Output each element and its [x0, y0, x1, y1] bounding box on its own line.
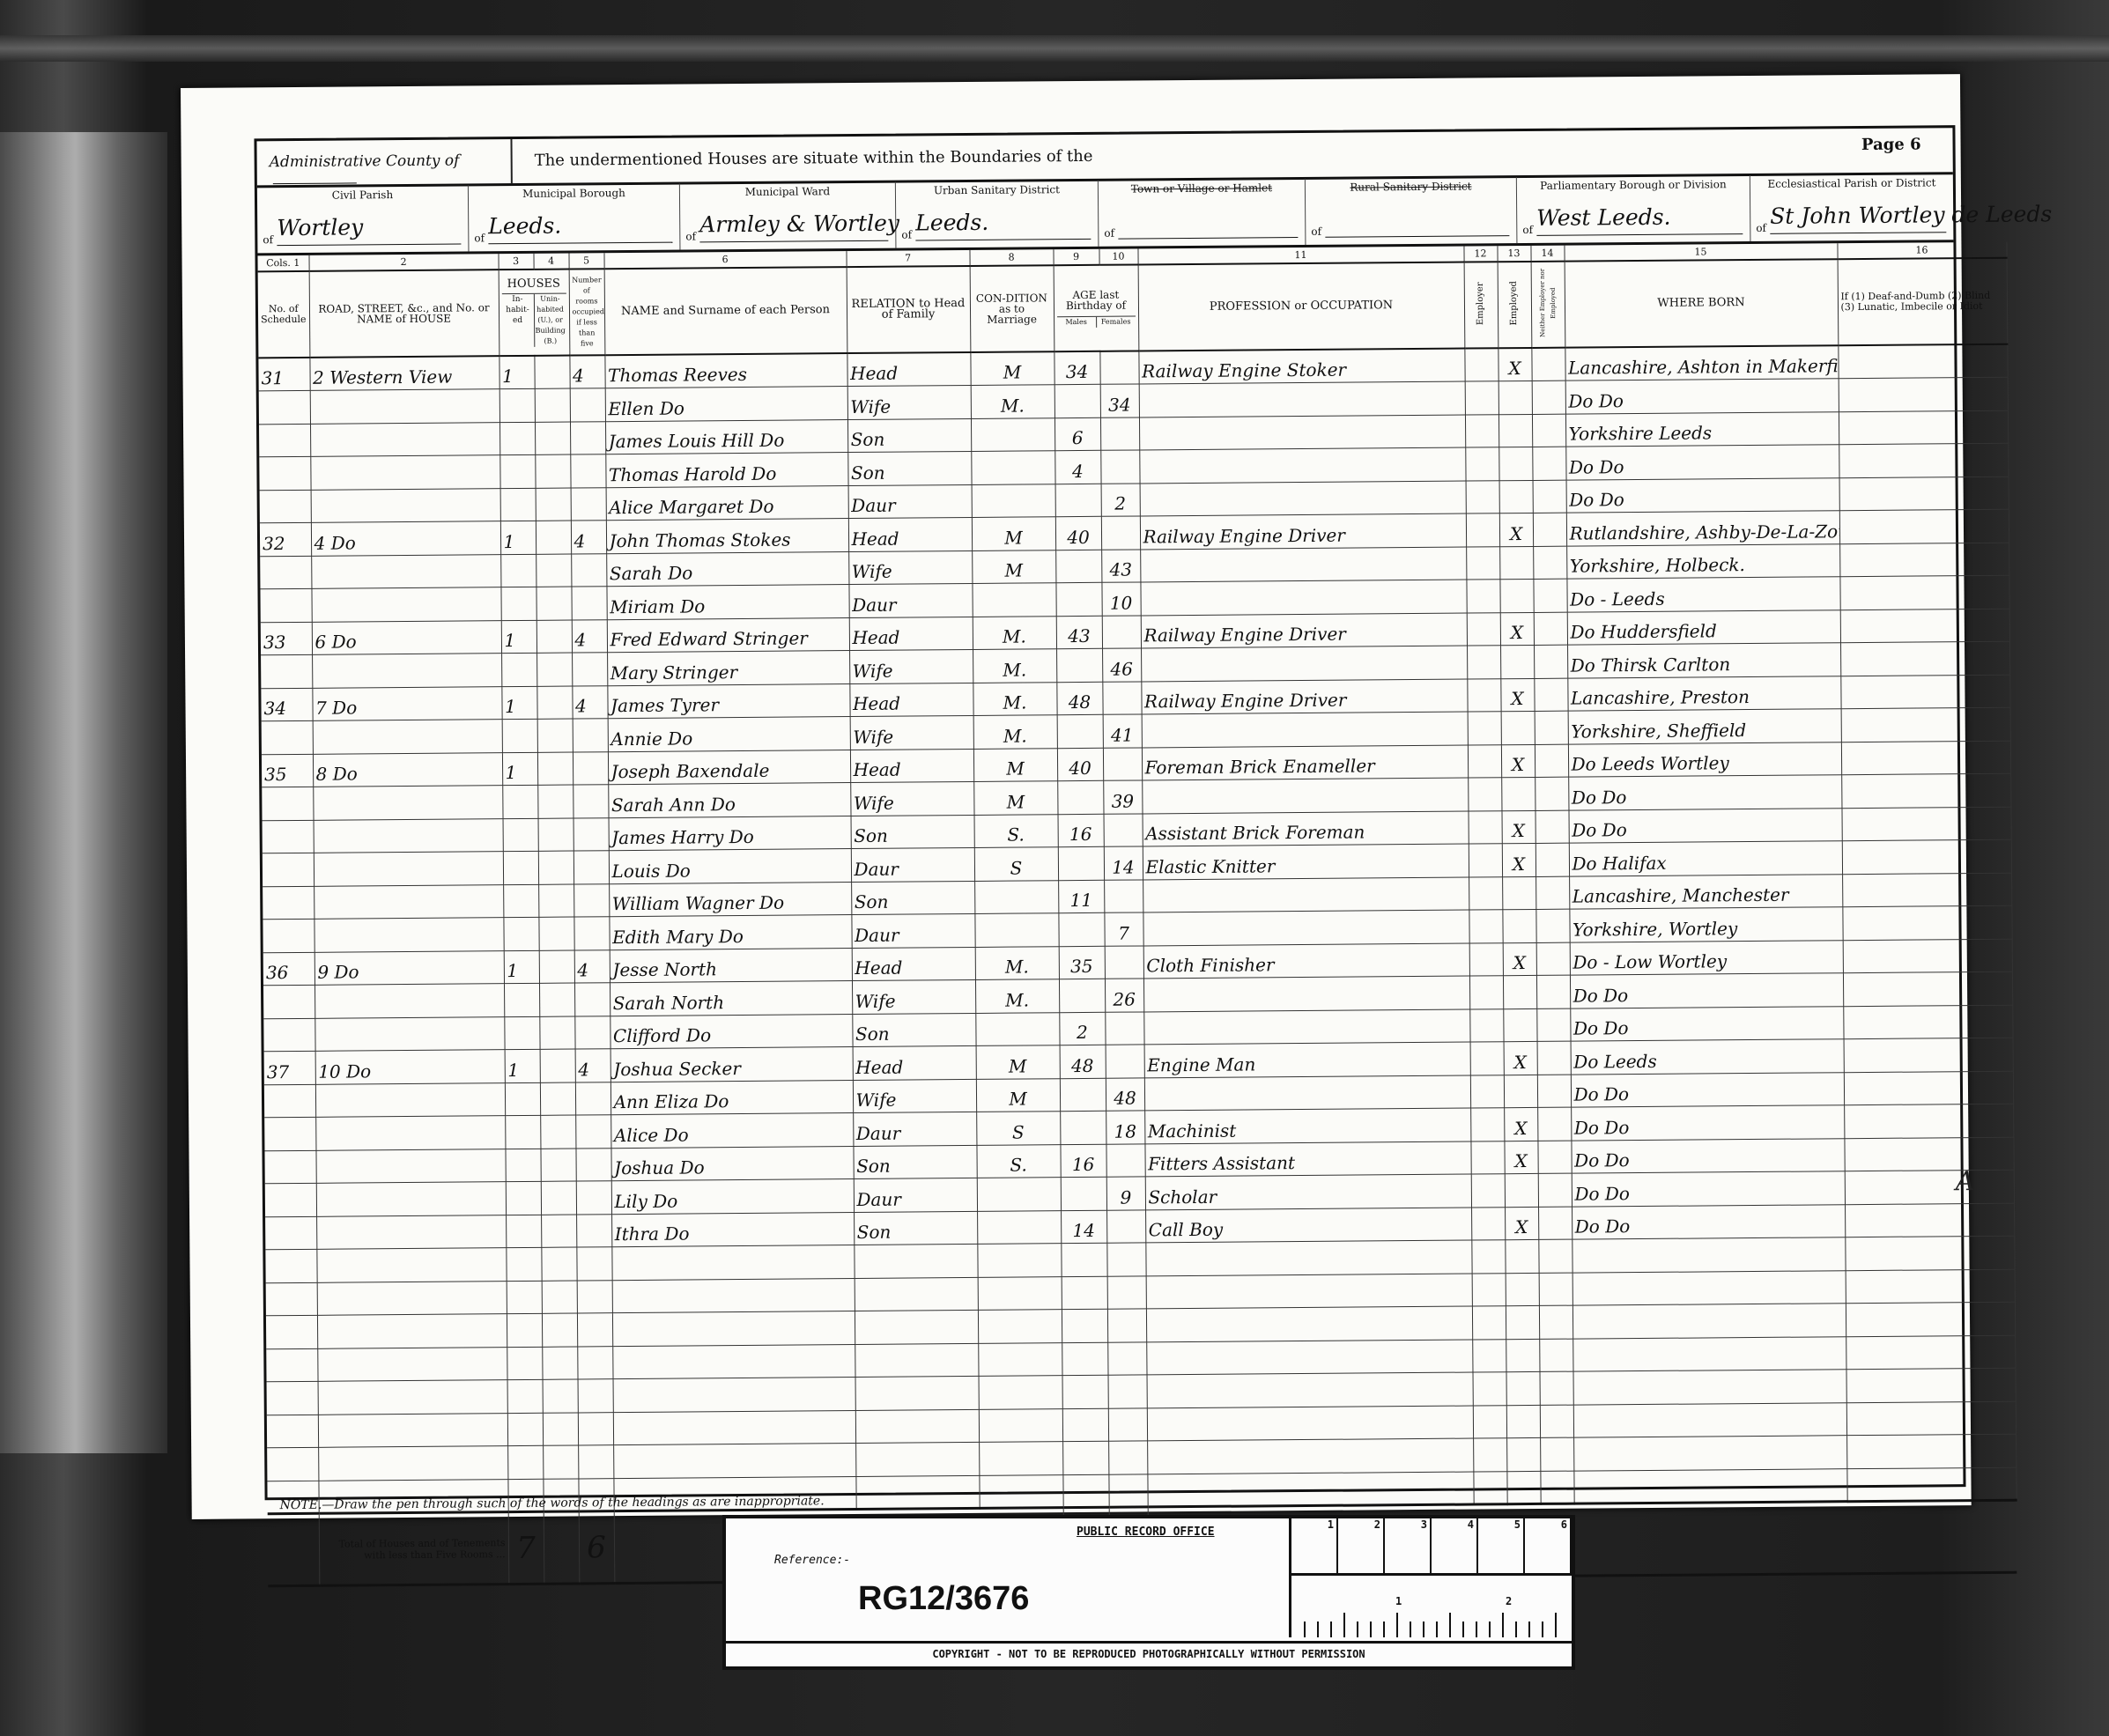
cell-male-age: 43: [1056, 616, 1102, 649]
cell-empty: [1840, 609, 2009, 643]
column-number: 3: [498, 254, 533, 270]
cell-empty: [1839, 543, 2009, 577]
cell-occupation: [1143, 976, 1469, 1011]
cell-empty: [612, 1311, 855, 1347]
cell-female-age: 18: [1106, 1111, 1144, 1144]
cell-empty: [1846, 1269, 2015, 1304]
cell-empty: [1472, 1372, 1506, 1406]
cell-born: Do Do: [1570, 973, 1843, 1008]
column-number: 16: [1837, 242, 2006, 260]
cell-male-age: 11: [1058, 880, 1104, 913]
cell-born: Do Do: [1571, 1105, 1844, 1141]
cell-empty: [266, 1348, 317, 1382]
cell-empty: [1471, 1174, 1505, 1208]
cell-inhabited: 1: [501, 620, 536, 654]
cell-empty: [1505, 1239, 1538, 1273]
cell-male-age: 40: [1057, 748, 1103, 781]
cell-empty: [1532, 414, 1565, 447]
cell-inhabited: [503, 818, 538, 852]
cell-name: Clifford Do: [610, 1014, 852, 1049]
cell-empty: [541, 1247, 576, 1281]
cell-empty: [1108, 1441, 1147, 1474]
cell-empty: [613, 1444, 855, 1479]
place-field: Urban Sanitary DistrictofLeeds.: [896, 181, 1099, 248]
cell-male-age: 2: [1059, 1012, 1105, 1045]
cell-empty: [537, 752, 573, 786]
cell-empty: [1573, 1436, 1846, 1471]
cell-occupation: [1143, 1009, 1469, 1045]
cell-empty: [1844, 1137, 2013, 1171]
cell-condition: [972, 583, 1055, 617]
column-number: 5: [568, 253, 603, 269]
cell-relation: Wife: [850, 715, 973, 750]
cell-condition: [975, 1012, 1059, 1045]
cell-schedule: 37: [264, 1051, 315, 1084]
cell-empty: [1846, 1401, 2016, 1436]
ruler-tick: [1383, 1621, 1385, 1637]
cell-empty: [1846, 1335, 2015, 1370]
side-mark: A: [1956, 1166, 1975, 1197]
cell-empty: [1472, 1339, 1506, 1372]
cell-name: John Thomas Stokes: [606, 519, 848, 554]
cell-occupation: [1140, 547, 1466, 582]
ruler-cm-mark: 6: [1525, 1518, 1572, 1573]
place-field: Parliamentary Borough or DivisionofWest …: [1517, 175, 1751, 243]
cell-empty: [1533, 579, 1566, 612]
cell-empty: [1841, 807, 2010, 841]
reference-number: RG12/3676: [858, 1580, 1029, 1618]
ruler-tick: [1449, 1613, 1451, 1637]
cell-name: Miriam Do: [606, 585, 848, 620]
cell-empty: [1844, 1104, 2013, 1138]
cell-condition: S: [974, 847, 1058, 881]
cell-inhabited: [499, 422, 535, 455]
place-label: Municipal Ward: [680, 186, 895, 199]
cell-rooms: [571, 553, 606, 587]
cell-relation: Head: [848, 517, 972, 551]
cell-name: Jesse North: [610, 948, 852, 983]
cell-born: Do Do: [1565, 445, 1839, 480]
cell-rooms: [570, 454, 605, 488]
ruler-tick: [1502, 1613, 1504, 1637]
reference-label: Reference:-: [774, 1554, 850, 1567]
cell-schedule: 31: [258, 358, 309, 391]
cell-relation: Wife: [847, 385, 971, 419]
header-houses: HOUSES In-habit-ed Unin-habited (U.), or…: [499, 270, 570, 357]
cell-empty: [541, 1215, 576, 1248]
cell-rooms: 4: [574, 949, 610, 983]
cell-occupation: Call Boy: [1145, 1208, 1471, 1243]
cell-male-age: [1054, 384, 1100, 417]
cell-condition: [974, 913, 1058, 947]
header-employed-text: Employed: [1509, 281, 1520, 325]
cell-empty: [318, 1446, 507, 1481]
cell-condition: M: [973, 748, 1057, 781]
cell-empty: [1473, 1405, 1506, 1438]
cell-male-age: [1057, 780, 1103, 814]
cell-empty: [1466, 480, 1499, 513]
cell-empty: [536, 587, 571, 620]
cell-road: [311, 554, 500, 588]
cell-male-age: [1061, 1177, 1106, 1210]
cell-empty: [1572, 1304, 1846, 1339]
cell-relation: Daur: [851, 913, 974, 948]
cell-empty: [540, 1115, 575, 1149]
cell-empty: [1572, 1270, 1846, 1305]
cell-empty: [539, 950, 574, 984]
cell-empty: [507, 1313, 542, 1347]
cell-road: 7 Do: [312, 686, 501, 720]
cell-female-age: 39: [1103, 780, 1142, 814]
cell-employed: [1504, 1075, 1537, 1108]
cell-condition: M: [976, 1045, 1060, 1079]
cell-born: Do Huddersfield: [1567, 609, 1840, 645]
column-number: 12: [1463, 246, 1497, 262]
cell-rooms: [574, 983, 610, 1016]
cell-empty: [1062, 1408, 1108, 1442]
cell-empty: [1573, 1402, 1846, 1437]
cell-empty: [576, 1247, 611, 1281]
census-table-container: Cols. 12345678910111213141516 No. of Sch…: [257, 242, 1963, 1497]
cell-employed: X: [1498, 348, 1531, 381]
cell-empty: [1466, 546, 1499, 580]
cell-name: Ann Eliza Do: [610, 1080, 853, 1115]
cell-schedule: [263, 820, 314, 853]
cell-road: [313, 720, 502, 754]
header-occupation: PROFESSION or OCCUPATION: [1138, 262, 1465, 351]
cell-empty: [507, 1445, 543, 1479]
scan-band: [0, 35, 2109, 62]
place-field: Rural Sanitary Districtof: [1306, 177, 1518, 245]
cell-empty: [979, 1474, 1062, 1508]
cell-female-age: 2: [1101, 483, 1140, 516]
cell-empty: [1540, 1471, 1573, 1504]
cell-name: Annie Do: [608, 717, 850, 752]
cell-inhabited: 1: [502, 752, 537, 786]
ruler-tick: [1343, 1613, 1345, 1637]
cell-empty: [1538, 1173, 1572, 1207]
cell-born: Do Halifax: [1569, 841, 1842, 876]
cell-condition: S: [976, 1112, 1060, 1145]
cell-name: Edith Mary Do: [609, 915, 851, 950]
cell-empty: [534, 356, 569, 389]
place-value: St John Wortley de Leeds: [1770, 202, 1946, 234]
cell-empty: [539, 983, 574, 1016]
cell-empty: [1467, 612, 1500, 646]
cell-empty: [577, 1280, 612, 1313]
header-relation: RELATION to Head of Family: [847, 266, 971, 353]
cell-female-age: [1106, 1045, 1144, 1078]
cell-name: Mary Stringer: [607, 651, 849, 686]
totals-tenements-value: 6: [579, 1511, 615, 1584]
cell-male-age: 4: [1054, 450, 1100, 484]
cell-empty: [1532, 380, 1565, 414]
cell-empty: [1535, 876, 1569, 910]
cell-inhabited: [500, 554, 536, 587]
cell-empty: [1535, 711, 1568, 744]
cell-empty: [1843, 1005, 2012, 1039]
header-uninhabited: Unin-habited (U.), or Building (B.): [534, 293, 566, 346]
cell-schedule: [263, 886, 314, 920]
cell-relation: Son: [851, 881, 974, 915]
cell-empty: [266, 1282, 317, 1316]
cell-empty: [1845, 1170, 2014, 1204]
cell-inhabited: 1: [500, 521, 536, 554]
cell-rooms: [576, 1181, 611, 1215]
cell-relation: Head: [850, 749, 973, 783]
place-field: Civil ParishofWortley: [257, 185, 470, 253]
cell-occupation: [1141, 646, 1467, 681]
cell-male-age: 16: [1060, 1144, 1106, 1178]
cell-relation: Daur: [848, 583, 972, 617]
cell-empty: [977, 1244, 1061, 1277]
cell-occupation: Elastic Knitter: [1143, 844, 1469, 879]
cell-relation: Head: [849, 617, 973, 651]
cell-employed: X: [1499, 513, 1533, 546]
cell-empty: [1468, 778, 1501, 811]
cell-empty: [318, 1380, 507, 1415]
cell-empty: [317, 1281, 507, 1315]
cell-empty: [1108, 1474, 1147, 1507]
cell-occupation: [1139, 415, 1465, 450]
cell-employed: [1498, 414, 1532, 447]
cell-relation: Son: [851, 815, 974, 849]
cell-empty: [1146, 1340, 1472, 1375]
cell-empty: [1846, 1302, 2015, 1336]
cell-employed: [1500, 645, 1534, 678]
cell-empty: [1465, 381, 1498, 415]
cell-empty: [1466, 513, 1499, 547]
cell-empty: [507, 1281, 542, 1314]
cell-empty: [978, 1342, 1062, 1376]
cell-empty: [1537, 1041, 1571, 1075]
of-label: of: [263, 233, 273, 246]
cell-occupation: [1143, 877, 1469, 912]
cell-employed: X: [1500, 612, 1534, 646]
cell-empty: [1535, 843, 1569, 876]
cell-empty: [1540, 1437, 1573, 1471]
ruler-tick: [1304, 1621, 1306, 1637]
cell-condition: [977, 1178, 1061, 1211]
cell-empty: [1839, 476, 2009, 511]
column-number: Cols. 1: [257, 255, 308, 271]
cell-occupation: Engine Man: [1144, 1042, 1470, 1077]
header-infirmity: If (1) Deaf-and-Dumb (2) Blind (3) Lunat…: [1838, 258, 2008, 346]
cell-empty: [979, 1376, 1062, 1409]
place-label: Municipal Borough: [469, 188, 679, 201]
cell-schedule: [262, 720, 313, 754]
cell-empty: [1538, 1239, 1572, 1273]
cell-male-age: [1055, 582, 1101, 616]
header-where-born: WHERE BORN: [1565, 259, 1839, 347]
of-label: of: [685, 230, 696, 242]
ruler-inch-scale: 12: [1291, 1576, 1572, 1637]
cell-relation: Daur: [848, 484, 972, 519]
cell-empty: [1106, 1243, 1145, 1276]
cell-relation: Daur: [854, 1178, 977, 1212]
cell-condition: [971, 451, 1054, 484]
of-label: of: [1756, 222, 1766, 234]
cell-road: [310, 455, 499, 490]
cell-occupation: [1142, 778, 1468, 813]
cell-empty: [855, 1277, 978, 1311]
cell-born: Do - Low Wortley: [1570, 940, 1843, 975]
cell-empty: [1467, 678, 1500, 712]
cell-condition: M.: [973, 616, 1056, 649]
cell-born: Do Do: [1571, 1072, 1844, 1107]
cell-empty: [1537, 1141, 1571, 1174]
cell-employed: X: [1505, 1207, 1538, 1240]
cell-empty: [1536, 1008, 1570, 1042]
cell-male-age: [1055, 484, 1101, 517]
cell-occupation: Scholar: [1145, 1174, 1471, 1209]
place-value: [1325, 205, 1509, 238]
cell-road: [315, 1082, 505, 1117]
cell-inhabited: [505, 1149, 540, 1182]
cell-employed: X: [1504, 1107, 1537, 1141]
cell-male-age: [1057, 714, 1103, 748]
cell-inhabited: [503, 851, 538, 884]
cell-female-age: [1105, 1011, 1143, 1045]
cell-relation: Son: [847, 451, 971, 485]
column-number: 2: [308, 254, 498, 271]
cell-female-age: 26: [1105, 979, 1143, 1012]
cell-empty: [536, 653, 572, 686]
cell-relation: Head: [847, 352, 970, 387]
cell-empty: [1506, 1437, 1540, 1471]
cell-female-age: [1106, 1143, 1144, 1177]
cell-empty: [1147, 1438, 1473, 1474]
cell-empty: [1473, 1471, 1506, 1504]
cell-name: Lily Do: [611, 1179, 854, 1215]
cell-occupation: [1144, 1075, 1470, 1111]
cell-employed: X: [1504, 1141, 1537, 1174]
cell-born: Do Do: [1568, 775, 1841, 810]
cell-inhabited: [499, 388, 535, 422]
cell-empty: [536, 554, 571, 587]
cell-empty: [1839, 377, 2008, 411]
cell-empty: [1533, 513, 1566, 546]
cell-empty: [612, 1278, 855, 1313]
cell-name: Sarah Ann Do: [608, 783, 850, 818]
cell-inhabited: [506, 1215, 541, 1248]
cell-inhabited: [505, 1115, 540, 1149]
cell-road: 6 Do: [312, 620, 501, 654]
cell-female-age: [1104, 879, 1143, 912]
cell-male-age: [1058, 912, 1104, 946]
cell-schedule: 35: [262, 754, 313, 787]
header-employed: Employed: [1498, 262, 1532, 348]
cell-empty: [1538, 1207, 1572, 1240]
cell-condition: S.: [974, 814, 1058, 847]
cell-empty: [1839, 443, 2008, 477]
cell-inhabited: [500, 488, 536, 521]
cell-born: Yorkshire, Sheffield: [1568, 709, 1841, 744]
cell-empty: [979, 1442, 1062, 1475]
ruler-tick: [1555, 1613, 1557, 1637]
header-neither-text: Neither Employer nor Employed: [1537, 262, 1559, 344]
cell-relation: Son: [854, 1211, 977, 1245]
cell-female-age: 7: [1104, 912, 1143, 946]
cell-employed: [1502, 876, 1535, 910]
column-headers-row: No. of Schedule ROAD, STREET, &c., and N…: [258, 258, 2008, 358]
cell-empty: [1532, 447, 1565, 480]
cell-name: Sarah Do: [606, 551, 848, 587]
cell-empty: [1469, 844, 1502, 877]
cell-road: [315, 1116, 505, 1150]
cell-schedule: [265, 1216, 316, 1250]
cell-empty: [1107, 1275, 1146, 1309]
scan-edge-strip: [0, 132, 167, 1453]
cell-empty: [1146, 1306, 1472, 1341]
cell-rooms: [575, 1148, 610, 1181]
cell-condition: [974, 880, 1058, 913]
cell-empty: [537, 719, 573, 752]
cell-born: Yorkshire, Wortley: [1569, 907, 1842, 942]
census-form: Administrative County of The undermentio…: [254, 125, 1965, 1500]
cell-schedule: [265, 1183, 316, 1216]
cell-empty: [1844, 1071, 2013, 1105]
cell-road: [314, 984, 504, 1018]
administrative-county: Administrative County of: [256, 139, 512, 185]
cell-schedule: 34: [261, 688, 312, 721]
cell-male-age: 35: [1059, 946, 1105, 979]
cell-rooms: [573, 785, 608, 818]
cell-empty: [855, 1376, 979, 1410]
cell-empty: [1572, 1237, 1845, 1273]
place-label: Urban Sanitary District: [896, 184, 1098, 197]
cell-male-age: 48: [1056, 682, 1102, 715]
of-label: of: [1522, 224, 1533, 236]
cell-schedule: 32: [260, 522, 311, 556]
cell-empty: [1469, 1008, 1503, 1042]
cell-road: [316, 1215, 506, 1249]
cell-road: [316, 1182, 506, 1216]
cell-empty: [1470, 1042, 1504, 1075]
ruler-tick: [1462, 1621, 1464, 1637]
cell-employed: X: [1501, 744, 1535, 778]
cell-empty: [1841, 773, 2010, 808]
cell-born: Lancashire, Manchester: [1569, 874, 1842, 909]
cell-empty: [1062, 1375, 1108, 1408]
column-number: 7: [846, 250, 969, 267]
cell-born: Do Do: [1570, 1006, 1843, 1041]
cell-born: Do Do: [1571, 1138, 1844, 1173]
cell-empty: [1573, 1468, 1846, 1503]
cell-name: Thomas Harold Do: [605, 453, 847, 488]
cell-road: [315, 1149, 505, 1183]
cell-male-age: 48: [1060, 1045, 1106, 1078]
header-males: Males: [1057, 316, 1097, 327]
cell-empty: [855, 1475, 979, 1510]
cell-empty: [536, 521, 571, 554]
cell-empty: [1539, 1273, 1572, 1306]
cell-empty: [1062, 1276, 1107, 1310]
header-females: Females: [1097, 316, 1136, 327]
public-record-office-label: PUBLIC RECORD OFFICE: [1077, 1525, 1215, 1539]
cell-empty: [267, 1415, 318, 1448]
cell-empty: [1472, 1273, 1506, 1306]
cell-rooms: [573, 719, 608, 752]
cell-name: William Wagner Do: [609, 882, 851, 917]
cell-road: 4 Do: [311, 521, 500, 556]
ruler-inch-label: 2: [1506, 1595, 1512, 1607]
cell-occupation: [1139, 447, 1465, 483]
cell-empty: [1107, 1309, 1146, 1342]
cell-male-age: 34: [1054, 351, 1099, 385]
cell-empty: [1467, 646, 1500, 679]
cell-female-age: [1104, 813, 1143, 846]
